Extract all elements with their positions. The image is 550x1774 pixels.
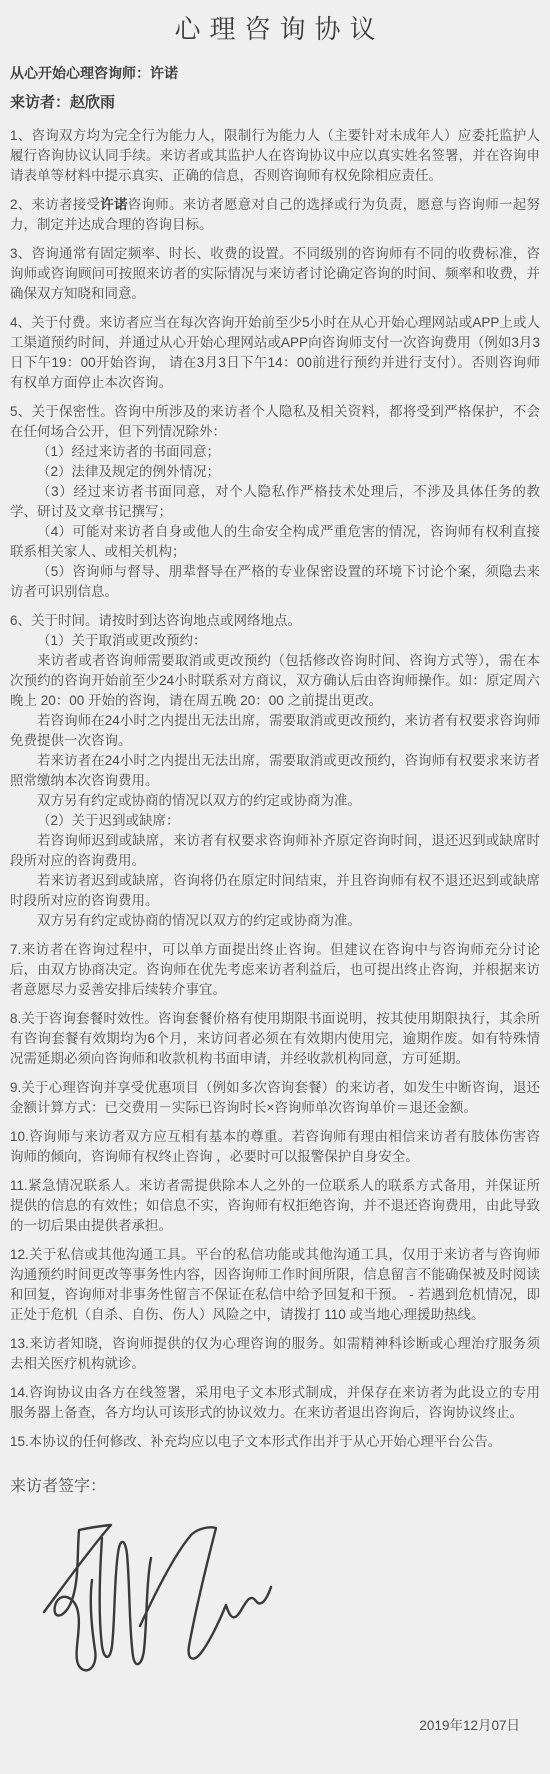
agreement-paragraph: （2）法律及规定的例外情况； [10,462,540,482]
agreement-paragraph: 7.来访者在咨询过程中，可以单方面提出终止咨询。但建议在咨询中与咨询师充分讨论后… [10,940,540,1000]
agreement-paragraph: 双方另有约定或协商的情况以双方的约定或协商为准。 [10,911,540,931]
agreement-date: 2019年12月07日 [10,1716,540,1736]
agreement-page: 心理咨询协议 从心开始心理咨询师：许诺 来访者：赵欣雨 1、咨询双方均为完全行为… [0,0,550,1774]
agreement-paragraph: 12.关于私信或其他沟通工具。平台的私信功能或其他沟通工具，仅用于来访者与咨询师… [10,1245,540,1325]
visitor-signature [32,1508,540,1688]
visitor-line: 来访者：赵欣雨 [10,93,540,113]
handwritten-signature-icon [32,1508,292,1688]
agreement-paragraph: 若咨询师在24小时之内提出无法出席，需要取消或更改预约，来访者有权要求咨询师免费… [10,711,540,751]
agreement-paragraph: 双方另有约定或协商的情况以双方的约定或协商为准。 [10,791,540,811]
agreement-paragraph: 若来访者迟到或缺席，咨询将仍在原定时间结束，并且咨询师有权不退还迟到或缺席时段所… [10,871,540,911]
agreement-paragraph: 若来访者在24小时之内提出无法出席，需要取消或更改预约，咨询师有权要求来访者照常… [10,751,540,791]
agreement-paragraph: （5）咨询师与督导、朋辈督导在严格的专业保密设置的环境下讨论个案，须隐去来访者可… [10,562,540,602]
agreement-paragraph: 1、咨询双方均为完全行为能力人，限制行为能力人（主要针对未成年人）应委托监护人履… [10,126,540,186]
agreement-paragraph: 13.来访者知晓，咨询师提供的仅为心理咨询的服务。如需精神科诊断或心理治疗服务须… [10,1334,540,1374]
agreement-paragraph: 4、关于付费。来访者应当在每次咨询开始前至少5小时在从心开始心理网站或APP上或… [10,313,540,393]
agreement-paragraph: （4）可能对来访者自身或他人的生命安全构成严重危害的情况，咨询师有权利直接联系相… [10,522,540,562]
agreement-paragraph: 若咨询师迟到或缺席，来访者有权要求咨询师补齐原定咨询时间，退还迟到或缺席时段所对… [10,831,540,871]
agreement-paragraph: （1）关于取消或更改预约： [10,631,540,651]
agreement-paragraph: 8.关于咨询套餐时效性。咨询套餐价格有使用期限书面说明，按其使用期限执行，其余所… [10,1009,540,1069]
page-title: 心理咨询协议 [19,12,540,46]
agreement-paragraph: （2）关于迟到或缺席： [10,811,540,831]
agreement-paragraph: 来访者或者咨询师需要取消或更改预约（包括修改咨询时间、咨询方式等），需在本次预约… [10,651,540,711]
agreement-paragraph: 11.紧急情况联系人。来访者需提供除本人之外的一位联系人的联系方式备用，并保证所… [10,1176,540,1236]
counselor-line: 从心开始心理咨询师：许诺 [10,63,540,83]
agreement-paragraph: 15.本协议的任何修改、补充均应以电子文本形式作出并于从心开始心理平台公告。 [10,1432,540,1452]
signature-label: 来访者签字： [10,1476,540,1498]
agreement-paragraph: 6、关于时间。请按时到达咨询地点或网络地点。 [10,611,540,631]
agreement-paragraph: 9.关于心理咨询并享受优惠项目（例如多次咨询套餐）的来访者，如发生中断咨询，退还… [10,1078,540,1118]
agreement-paragraph: 2、来访者接受许诺咨询师。来访者愿意对自己的选择或行为负责，愿意与咨询师一起努力… [10,195,540,235]
agreement-paragraph: （1）经过来访者的书面同意； [10,442,540,462]
agreement-paragraph: 10.咨询师与来访者双方应互相有基本的尊重。若咨询师有理由相信来访者有肢体伤害咨… [10,1127,540,1167]
agreement-paragraph: 5、关于保密性。咨询中所涉及的来访者个人隐私及相关资料，都将受到严格保护，不会在… [10,402,540,442]
agreement-paragraph: 14.咨询协议由各方在线签署，采用电子文本形式制成，并保存在来访者为此设立的专用… [10,1383,540,1423]
agreement-paragraph: 3、咨询通常有固定频率、时长、收费的设置。不同级别的咨询师有不同的收费标准，咨询… [10,244,540,304]
agreement-paragraphs: 1、咨询双方均为完全行为能力人，限制行为能力人（主要针对未成年人）应委托监护人履… [10,126,540,1452]
agreement-paragraph: （3）经过来访者书面同意，对个人隐私作严格技术处理后，不涉及具体任务的教学、研讨… [10,482,540,522]
